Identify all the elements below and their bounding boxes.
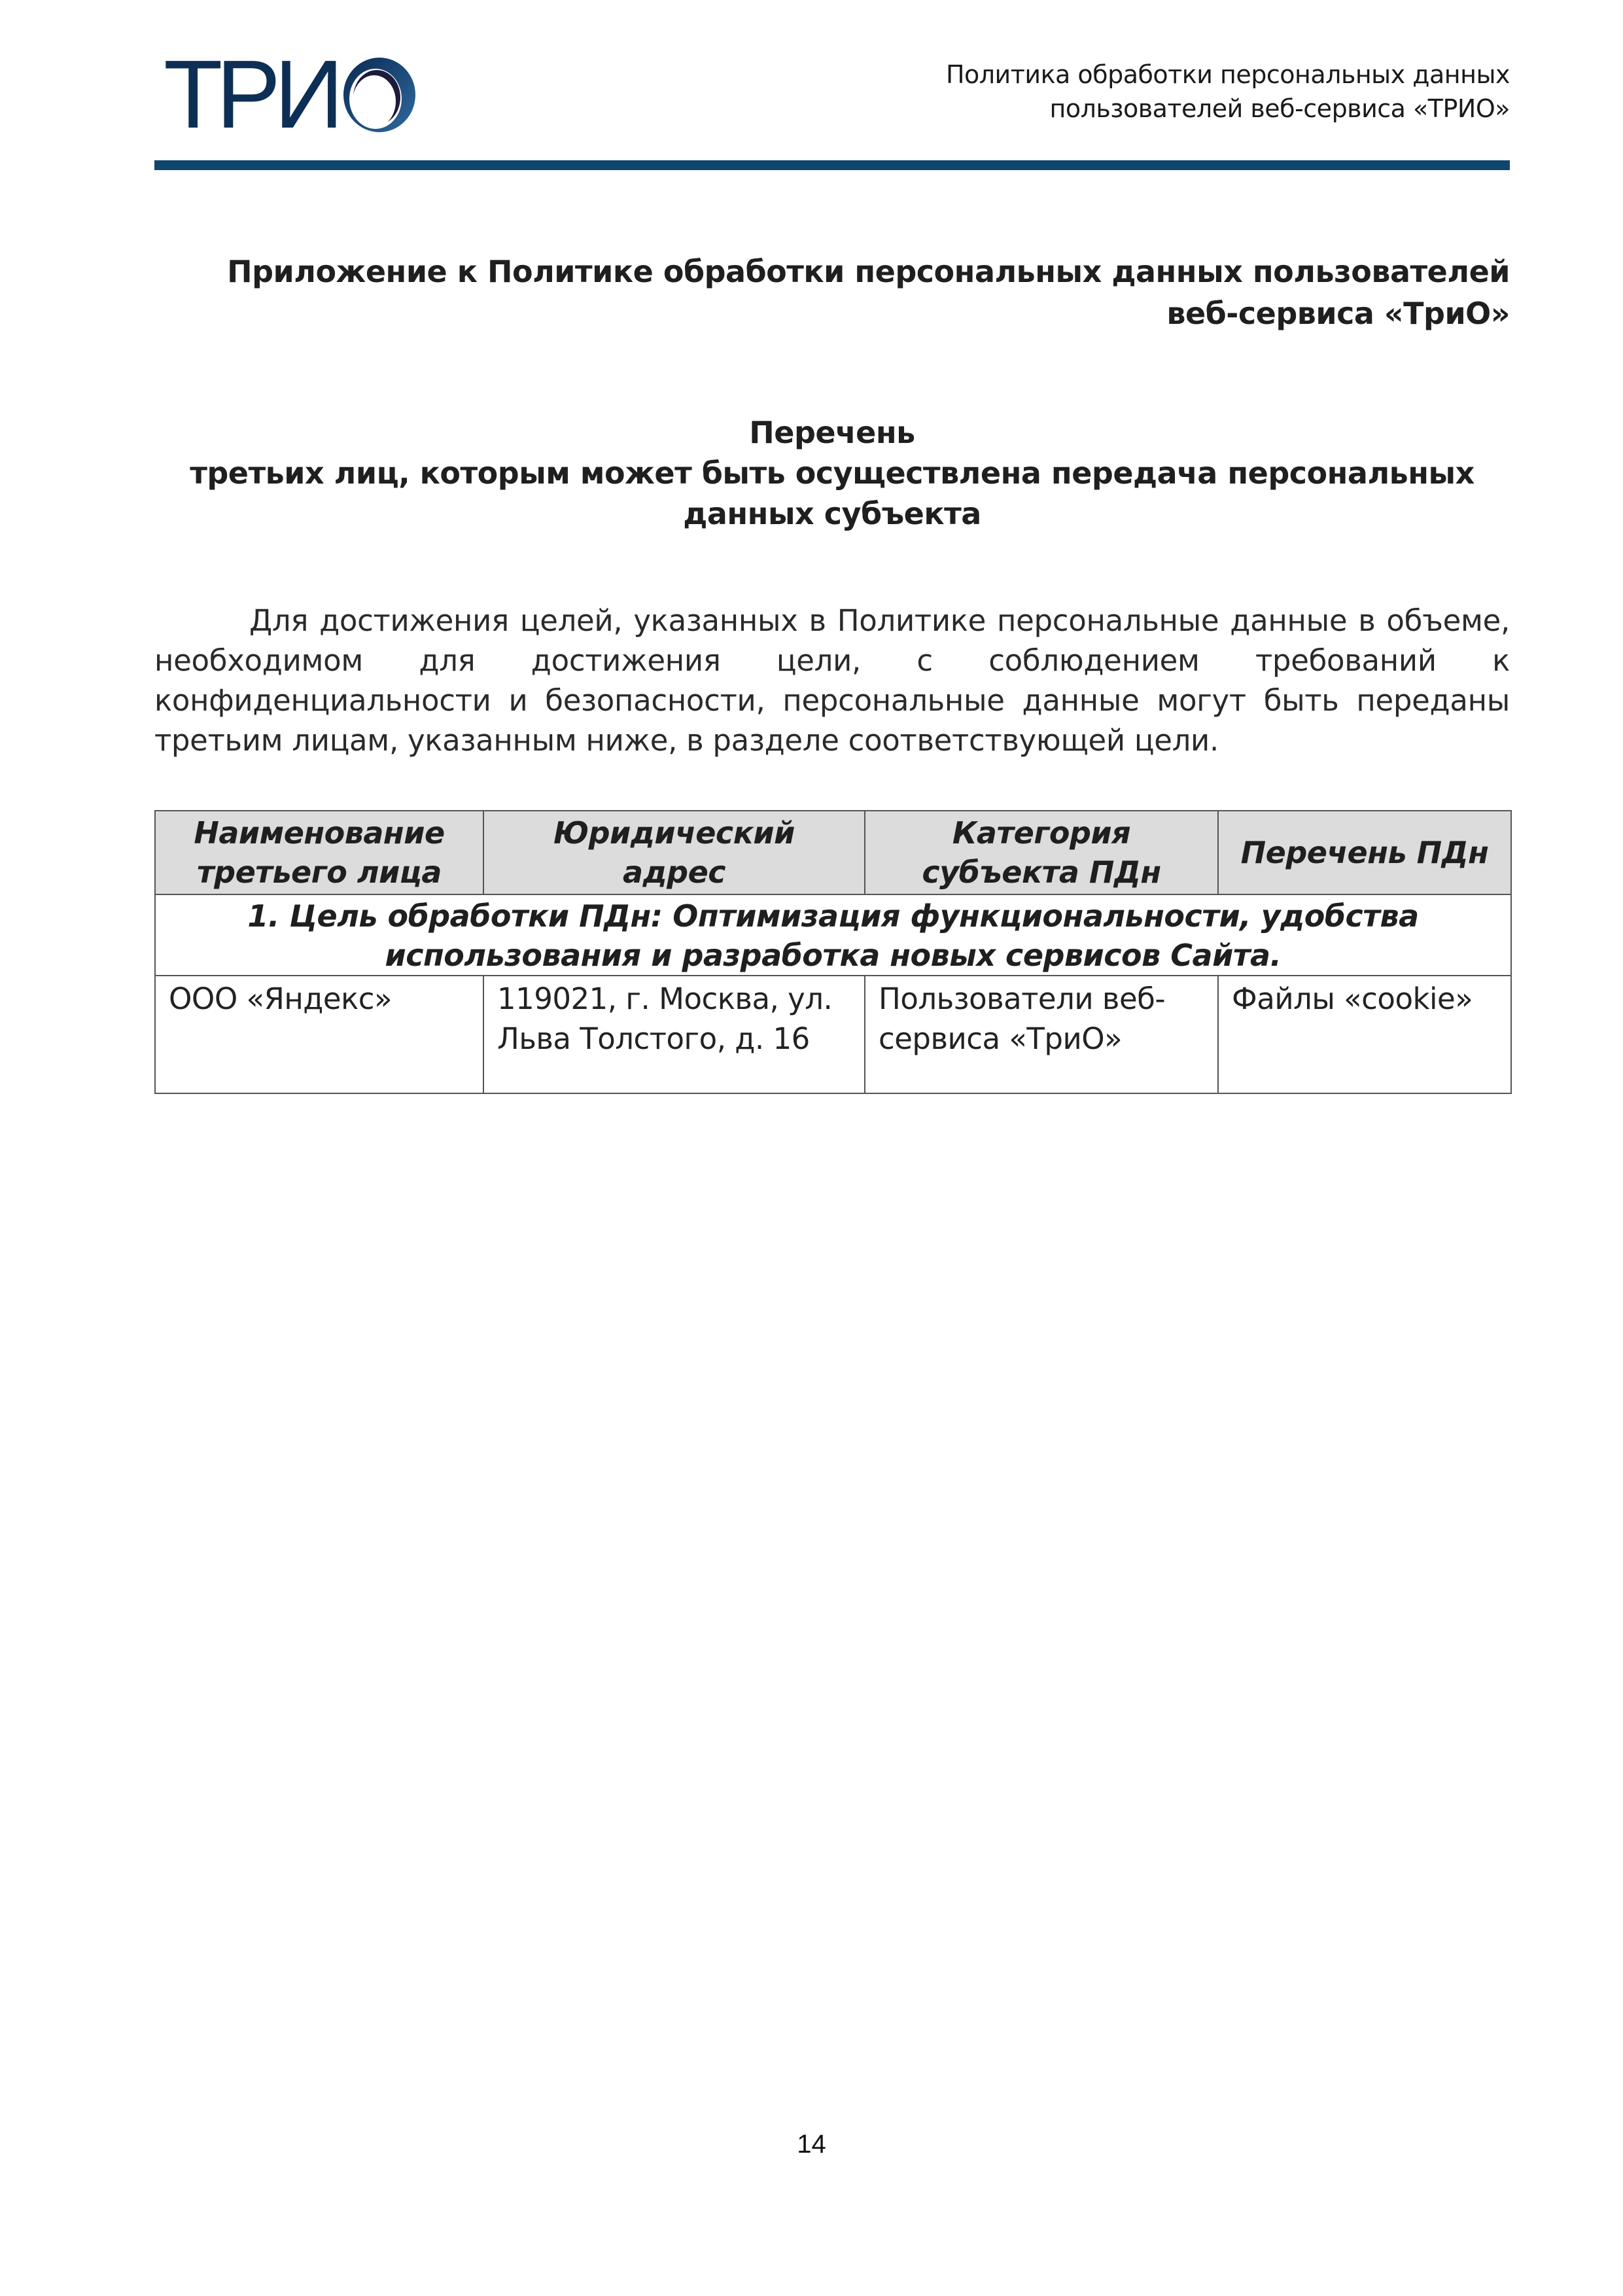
logo-text: ТРИ <box>164 46 338 143</box>
appendix-title-line: Приложение к Политике обработки персонал… <box>154 251 1510 292</box>
page-number: 14 <box>0 2130 1623 2159</box>
document-header-title: Политика обработки персональных данных п… <box>946 58 1510 126</box>
appendix-title-line: веб-сервиса «ТриО» <box>154 292 1510 334</box>
section-title-line: 1. Цель обработки ПДн: Оптимизация функц… <box>162 896 1504 936</box>
column-header-line: Перечень ПДн <box>1224 833 1505 872</box>
header-title-line: Политика обработки персональных данных <box>946 58 1510 92</box>
list-title: Перечень третьих лиц, которым может быть… <box>154 412 1510 534</box>
third-parties-table: Наименование третьего лица Юридический а… <box>154 810 1512 1094</box>
section-title: 1. Цель обработки ПДн: Оптимизация функц… <box>155 894 1511 976</box>
third-party-name: ООО «Яндекс» <box>169 981 392 1016</box>
intro-paragraph: Для достижения целей, указанных в Полити… <box>154 601 1510 760</box>
address-line: 119021, г. Москва, ул. <box>497 979 851 1019</box>
column-header-line: адрес <box>489 853 859 892</box>
column-header-line: Юридический <box>489 813 859 853</box>
list-title-line: третьих лиц, которым может быть осуществ… <box>154 453 1510 493</box>
table-header-row: Наименование третьего лица Юридический а… <box>155 811 1511 894</box>
column-header-line: третьего лица <box>161 853 478 892</box>
section-row: 1. Цель обработки ПДн: Оптимизация функц… <box>155 894 1511 976</box>
column-header-line: субъекта ПДн <box>871 853 1212 892</box>
list-title-line: Перечень <box>154 412 1510 453</box>
section-title-line: использования и разработка новых сервисо… <box>162 936 1504 975</box>
cell-pd-list: Файлы «cookie» <box>1218 976 1511 1093</box>
column-header-address: Юридический адрес <box>483 811 865 894</box>
table-row: ООО «Яндекс» 119021, г. Москва, ул. Льва… <box>155 976 1511 1093</box>
header-divider <box>154 160 1510 170</box>
cell-name: ООО «Яндекс» <box>155 976 483 1093</box>
column-header-line: Категория <box>871 813 1212 853</box>
cell-category: Пользователи веб- сервиса «ТриО» <box>865 976 1218 1093</box>
list-title-line: данных субъекта <box>154 493 1510 534</box>
trio-ring-logo-icon <box>340 56 419 134</box>
column-header-line: Наименование <box>161 813 478 853</box>
column-header-pd-list: Перечень ПДн <box>1218 811 1511 894</box>
header-title-line: пользователей веб-сервиса «ТРИО» <box>946 92 1510 126</box>
pd-list-value: Файлы «cookie» <box>1232 981 1473 1016</box>
category-line: Пользователи веб- <box>879 979 1204 1019</box>
category-line: сервиса «ТриО» <box>879 1019 1204 1059</box>
appendix-title: Приложение к Политике обработки персонал… <box>154 251 1510 334</box>
trio-logo: ТРИ <box>164 56 419 134</box>
address-line: Льва Толстого, д. 16 <box>497 1019 851 1059</box>
column-header-name: Наименование третьего лица <box>155 811 483 894</box>
cell-address: 119021, г. Москва, ул. Льва Толстого, д.… <box>483 976 865 1093</box>
column-header-category: Категория субъекта ПДн <box>865 811 1218 894</box>
